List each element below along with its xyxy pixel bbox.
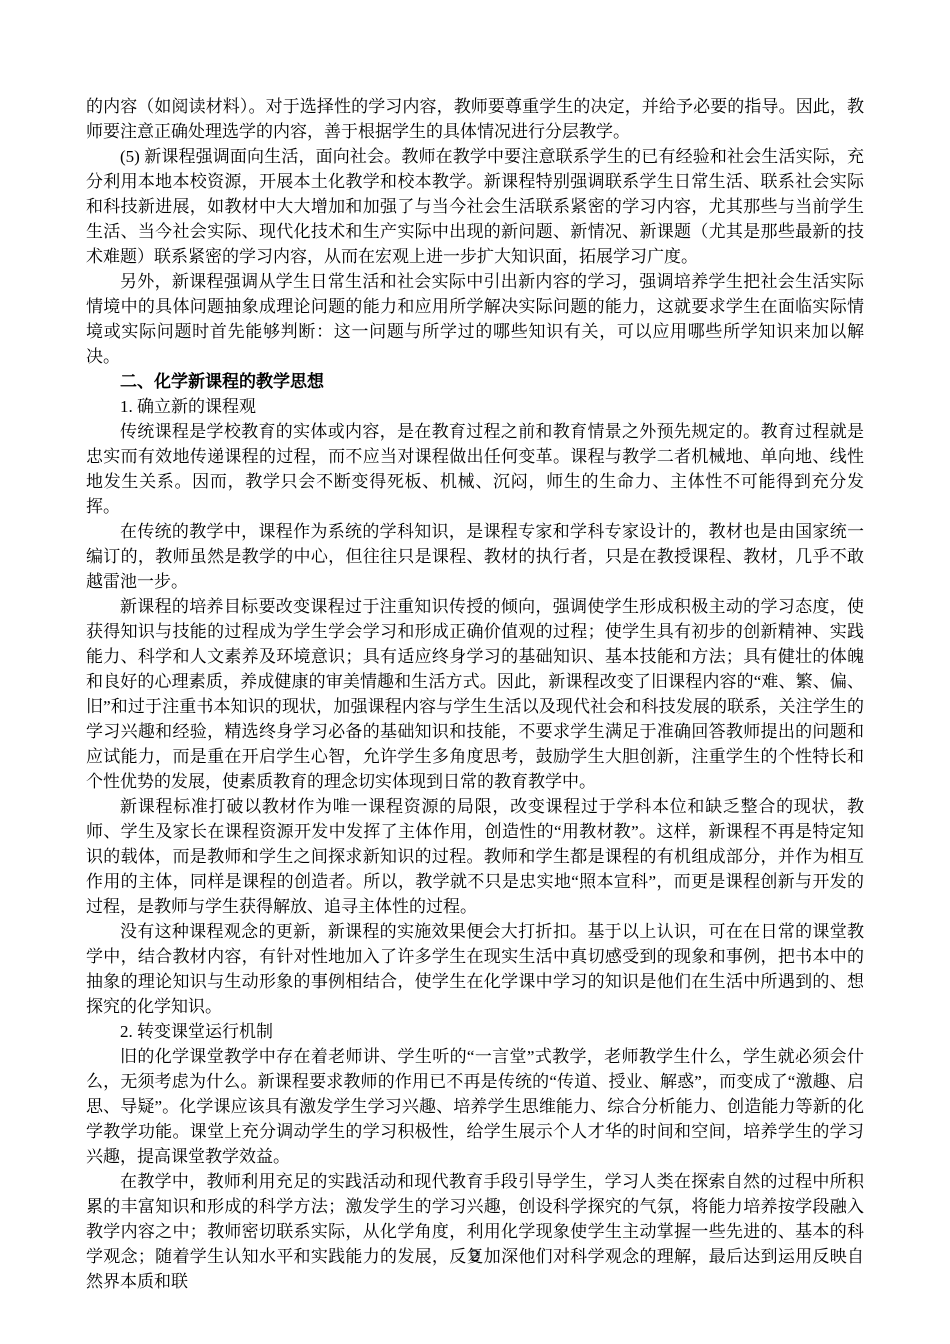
paragraph-continuation: 的内容（如阅读材料）。对于选择性的学习内容，教师要尊重学生的决定，并给予必要的指… — [86, 94, 864, 144]
page-number: 2 — [0, 1243, 950, 1268]
document-page: 的内容（如阅读材料）。对于选择性的学习内容，教师要尊重学生的决定，并给予必要的指… — [86, 94, 864, 1294]
paragraph-new-curriculum-goals: 新课程的培养目标要改变课程过于注重知识传授的倾向，强调使学生形成积极主动的学习态… — [86, 594, 864, 794]
paragraph-traditional-teaching: 在传统的教学中，课程作为系统的学科知识，是课程专家和学科专家设计的，教材也是由国… — [86, 519, 864, 594]
paragraph-traditional-curriculum: 传统课程是学校教育的实体或内容，是在教育过程之前和教育情景之外预先规定的。教育过… — [86, 419, 864, 519]
paragraph-additional-note: 另外，新课程强调从学生日常生活和社会实际中引出新内容的学习，强调培养学生把社会生… — [86, 269, 864, 369]
paragraph-teaching-practice: 在教学中，教师利用充足的实践活动和现代教育手段引导学生，学习人类在探索自然的过程… — [86, 1169, 864, 1294]
subsection-heading-2: 2. 转变课堂运行机制 — [86, 1019, 864, 1044]
paragraph-item-5: (5) 新课程强调面向生活，面向社会。教师在教学中要注意联系学生的已有经验和社会… — [86, 144, 864, 269]
paragraph-curriculum-standard: 新课程标准打破以教材作为唯一课程资源的局限，改变课程过于学科本位和缺乏整合的现状… — [86, 794, 864, 919]
paragraph-concept-renewal: 没有这种课程观念的更新，新课程的实施效果便会大打折扣。基于以上认识，可在在日常的… — [86, 919, 864, 1019]
paragraph-old-classroom: 旧的化学课堂教学中存在着老师讲、学生听的“一言堂”式教学，老师教学生什么，学生就… — [86, 1044, 864, 1169]
section-heading-2: 二、化学新课程的教学思想 — [86, 369, 864, 394]
subsection-heading-1: 1. 确立新的课程观 — [86, 394, 864, 419]
